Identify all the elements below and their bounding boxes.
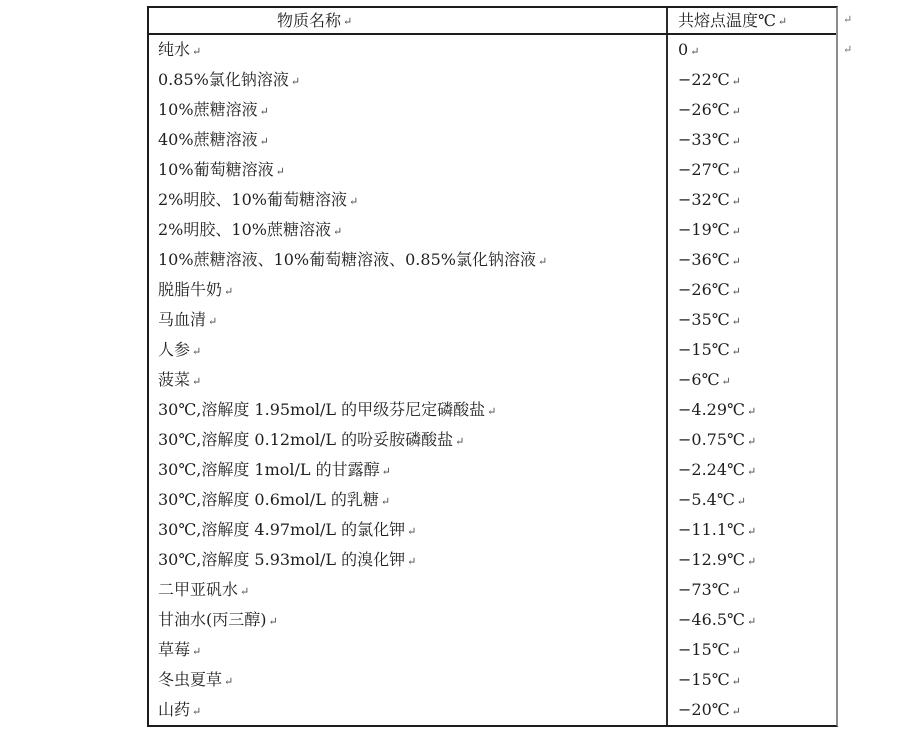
paragraph-mark-icon: ↵ (732, 286, 741, 297)
paragraph-mark-icon: ↵ (747, 556, 756, 567)
paragraph-mark-icon: ↵ (343, 16, 352, 27)
table-row: 0.85%氯化钠溶液 ↵ −22℃ ↵ (149, 65, 836, 95)
eutectic-temperature-cell[interactable]: 0 ↵ (668, 35, 836, 65)
table-row: 脱脂牛奶 ↵ −26℃ ↵ (149, 275, 836, 305)
paragraph-mark-icon: ↵ (747, 526, 756, 537)
eutectic-temperature-cell[interactable]: −26℃ ↵ (668, 275, 836, 305)
substance-name-cell[interactable]: 草莓 ↵ (149, 635, 668, 665)
substance-name-cell[interactable]: 30℃,溶解度 5.93mol/L 的溴化钾 ↵ (149, 545, 668, 575)
paragraph-mark-icon: ↵ (732, 106, 741, 117)
eutectic-temperature: −5.4℃ (678, 492, 735, 508)
paragraph-mark-icon: ↵ (732, 76, 741, 87)
column-header-substance-label: 物质名称 (277, 13, 341, 29)
paragraph-mark-icon: ↵ (407, 556, 416, 567)
eutectic-temperature-cell[interactable]: −33℃ ↵ (668, 125, 836, 155)
table-row: 30℃,溶解度 1mol/L 的甘露醇 ↵ −2.24℃ ↵ (149, 455, 836, 485)
table-row: 30℃,溶解度 0.12mol/L 的吩妥胺磷酸盐 ↵ −0.75℃ ↵ (149, 425, 836, 455)
table-body: 纯水 ↵ 0 ↵ 0.85%氯化钠溶液 ↵ −22℃ ↵ 10%蔗糖溶液 ↵ −… (149, 35, 836, 725)
substance-name: 甘油水(丙三醇) (158, 612, 267, 628)
eutectic-temperature-cell[interactable]: −15℃ ↵ (668, 665, 836, 695)
eutectic-temperature-cell[interactable]: −0.75℃ ↵ (668, 425, 836, 455)
paragraph-mark-icon: ↵ (240, 586, 249, 597)
substance-name-cell[interactable]: 2%明胶、10%蔗糖溶液 ↵ (149, 215, 668, 245)
substance-name: 10%葡萄糖溶液 (158, 162, 274, 178)
eutectic-temperature: −46.5℃ (678, 612, 745, 628)
table-row: 30℃,溶解度 0.6mol/L 的乳糖 ↵ −5.4℃ ↵ (149, 485, 836, 515)
eutectic-temperature: −27℃ (678, 162, 730, 178)
paragraph-mark-icon: ↵ (747, 406, 756, 417)
table-row: 30℃,溶解度 4.97mol/L 的氯化钾 ↵ −11.1℃ ↵ (149, 515, 836, 545)
substance-name: 二甲亚矾水 (158, 582, 238, 598)
table-row: 山药 ↵ −20℃ ↵ (149, 695, 836, 725)
paragraph-mark-icon: ↵ (732, 136, 741, 147)
paragraph-mark-icon: ↵ (487, 406, 496, 417)
eutectic-temperature-cell[interactable]: −26℃ ↵ (668, 95, 836, 125)
eutectic-temperature: −26℃ (678, 102, 730, 118)
eutectic-temperature: −4.29℃ (678, 402, 745, 418)
substance-name-cell[interactable]: 30℃,溶解度 1mol/L 的甘露醇 ↵ (149, 455, 668, 485)
eutectic-temperature-cell[interactable]: −36℃ ↵ (668, 245, 836, 275)
table-header-row: 物质名称 ↵ 共熔点温度℃ ↵ (149, 8, 836, 35)
eutectic-temperature: −15℃ (678, 342, 730, 358)
substance-name-cell[interactable]: 30℃,溶解度 1.95mol/L 的甲级芬尼定磷酸盐 ↵ (149, 395, 668, 425)
substance-name-cell[interactable]: 马血清 ↵ (149, 305, 668, 335)
substance-name: 2%明胶、10%蔗糖溶液 (158, 222, 331, 238)
column-header-temperature[interactable]: 共熔点温度℃ ↵ (668, 8, 836, 33)
eutectic-temperature: −15℃ (678, 642, 730, 658)
eutectic-temperature: 0 (678, 42, 688, 58)
substance-name: 30℃,溶解度 1.95mol/L 的甲级芬尼定磷酸盐 (158, 402, 485, 418)
substance-name: 2%明胶、10%葡萄糖溶液 (158, 192, 347, 208)
paragraph-mark-icon: ↵ (260, 106, 269, 117)
table-row: 2%明胶、10%葡萄糖溶液 ↵ −32℃ ↵ (149, 185, 836, 215)
table-row: 10%蔗糖溶液、10%葡萄糖溶液、0.85%氯化钠溶液 ↵ −36℃ ↵ (149, 245, 836, 275)
eutectic-temperature-cell[interactable]: −27℃ ↵ (668, 155, 836, 185)
substance-name-cell[interactable]: 纯水 ↵ (149, 35, 668, 65)
row-end-mark-icon: ↵ (843, 44, 852, 55)
eutectic-temperature: −2.24℃ (678, 462, 745, 478)
substance-name: 30℃,溶解度 4.97mol/L 的氯化钾 (158, 522, 405, 538)
paragraph-mark-icon: ↵ (732, 226, 741, 237)
paragraph-mark-icon: ↵ (732, 196, 741, 207)
paragraph-mark-icon: ↵ (224, 676, 233, 687)
paragraph-mark-icon: ↵ (732, 346, 741, 357)
eutectic-temperature: −32℃ (678, 192, 730, 208)
eutectic-temperature-cell[interactable]: −73℃ ↵ (668, 575, 836, 605)
paragraph-mark-icon: ↵ (747, 466, 756, 477)
eutectic-temperature-cell[interactable]: −32℃ ↵ (668, 185, 836, 215)
eutectic-temperature-cell[interactable]: −12.9℃ ↵ (668, 545, 836, 575)
paragraph-mark-icon: ↵ (732, 676, 741, 687)
paragraph-mark-icon: ↵ (192, 376, 201, 387)
eutectic-temperature-cell[interactable]: −2.24℃ ↵ (668, 455, 836, 485)
eutectic-temperature-cell[interactable]: −11.1℃ ↵ (668, 515, 836, 545)
substance-name-cell[interactable]: 0.85%氯化钠溶液 ↵ (149, 65, 668, 95)
eutectic-temperature: −35℃ (678, 312, 730, 328)
paragraph-mark-icon: ↵ (224, 286, 233, 297)
substance-name-cell[interactable]: 人参 ↵ (149, 335, 668, 365)
eutectic-temperature: −36℃ (678, 252, 730, 268)
substance-name: 马血清 (158, 312, 206, 328)
substance-name: 山药 (158, 702, 190, 718)
substance-name: 草莓 (158, 642, 190, 658)
substance-name-cell[interactable]: 甘油水(丙三醇) ↵ (149, 605, 668, 635)
substance-name: 40%蔗糖溶液 (158, 132, 258, 148)
paragraph-mark-icon: ↵ (778, 16, 787, 27)
table-row: 菠菜 ↵ −6℃ ↵ (149, 365, 836, 395)
paragraph-mark-icon: ↵ (732, 586, 741, 597)
substance-name-cell[interactable]: 山药 ↵ (149, 695, 668, 725)
eutectic-temperature-cell[interactable]: −6℃ ↵ (668, 365, 836, 395)
paragraph-mark-icon: ↵ (747, 436, 756, 447)
table-row: 10%葡萄糖溶液 ↵ −27℃ ↵ (149, 155, 836, 185)
substance-name: 0.85%氯化钠溶液 (158, 72, 289, 88)
table-row: 人参 ↵ −15℃ ↵ (149, 335, 836, 365)
eutectic-point-table: 物质名称 ↵ 共熔点温度℃ ↵ 纯水 ↵ 0 ↵ 0.85%氯化钠溶液 ↵ −2… (147, 6, 838, 727)
paragraph-mark-icon: ↵ (260, 136, 269, 147)
substance-name-cell[interactable]: 10%蔗糖溶液 ↵ (149, 95, 668, 125)
eutectic-temperature-cell[interactable]: −15℃ ↵ (668, 635, 836, 665)
table-row: 二甲亚矾水 ↵ −73℃ ↵ (149, 575, 836, 605)
paragraph-mark-icon: ↵ (192, 346, 201, 357)
substance-name-cell[interactable]: 30℃,溶解度 4.97mol/L 的氯化钾 ↵ (149, 515, 668, 545)
table-row: 30℃,溶解度 5.93mol/L 的溴化钾 ↵ −12.9℃ ↵ (149, 545, 836, 575)
paragraph-mark-icon: ↵ (381, 496, 390, 507)
table-row: 草莓 ↵ −15℃ ↵ (149, 635, 836, 665)
substance-name: 脱脂牛奶 (158, 282, 222, 298)
eutectic-temperature: −6℃ (678, 372, 719, 388)
paragraph-mark-icon: ↵ (382, 466, 391, 477)
paragraph-mark-icon: ↵ (538, 256, 547, 267)
substance-name-cell[interactable]: 脱脂牛奶 ↵ (149, 275, 668, 305)
paragraph-mark-icon: ↵ (732, 316, 741, 327)
substance-name: 30℃,溶解度 1mol/L 的甘露醇 (158, 462, 380, 478)
paragraph-mark-icon: ↵ (208, 316, 217, 327)
paragraph-mark-icon: ↵ (333, 226, 342, 237)
paragraph-mark-icon: ↵ (192, 46, 201, 57)
table-row: 纯水 ↵ 0 ↵ (149, 35, 836, 65)
paragraph-mark-icon: ↵ (747, 616, 756, 627)
eutectic-temperature-cell[interactable]: −5.4℃ ↵ (668, 485, 836, 515)
eutectic-temperature-cell[interactable]: −19℃ ↵ (668, 215, 836, 245)
substance-name-cell[interactable]: 10%蔗糖溶液、10%葡萄糖溶液、0.85%氯化钠溶液 ↵ (149, 245, 668, 275)
eutectic-temperature: −20℃ (678, 702, 730, 718)
substance-name-cell[interactable]: 冬虫夏草 ↵ (149, 665, 668, 695)
paragraph-mark-icon: ↵ (192, 706, 201, 717)
substance-name-cell[interactable]: 菠菜 ↵ (149, 365, 668, 395)
eutectic-temperature-cell[interactable]: −20℃ ↵ (668, 695, 836, 725)
eutectic-temperature-cell[interactable]: −4.29℃ ↵ (668, 395, 836, 425)
eutectic-temperature: −19℃ (678, 222, 730, 238)
eutectic-temperature: −15℃ (678, 672, 730, 688)
eutectic-temperature-cell[interactable]: −35℃ ↵ (668, 305, 836, 335)
substance-name-cell[interactable]: 30℃,溶解度 0.6mol/L 的乳糖 ↵ (149, 485, 668, 515)
paragraph-mark-icon: ↵ (732, 706, 741, 717)
eutectic-temperature: −33℃ (678, 132, 730, 148)
substance-name-cell[interactable]: 二甲亚矾水 ↵ (149, 575, 668, 605)
eutectic-temperature: −0.75℃ (678, 432, 745, 448)
table-row: 2%明胶、10%蔗糖溶液 ↵ −19℃ ↵ (149, 215, 836, 245)
eutectic-temperature-cell[interactable]: −22℃ ↵ (668, 65, 836, 95)
substance-name: 30℃,溶解度 0.12mol/L 的吩妥胺磷酸盐 (158, 432, 453, 448)
table-row: 甘油水(丙三醇) ↵ −46.5℃ ↵ (149, 605, 836, 635)
eutectic-temperature: −22℃ (678, 72, 730, 88)
substance-name: 10%蔗糖溶液 (158, 102, 258, 118)
paragraph-mark-icon: ↵ (737, 496, 746, 507)
paragraph-mark-icon: ↵ (407, 526, 416, 537)
substance-name: 30℃,溶解度 5.93mol/L 的溴化钾 (158, 552, 405, 568)
paragraph-mark-icon: ↵ (192, 646, 201, 657)
eutectic-temperature: −11.1℃ (678, 522, 745, 538)
substance-name-cell[interactable]: 40%蔗糖溶液 ↵ (149, 125, 668, 155)
paragraph-mark-icon: ↵ (732, 166, 741, 177)
paragraph-mark-icon: ↵ (349, 196, 358, 207)
paragraph-mark-icon: ↵ (732, 256, 741, 267)
substance-name-cell[interactable]: 10%葡萄糖溶液 ↵ (149, 155, 668, 185)
paragraph-mark-icon: ↵ (690, 46, 699, 57)
table-row: 冬虫夏草 ↵ −15℃ ↵ (149, 665, 836, 695)
table-row: 40%蔗糖溶液 ↵ −33℃ ↵ (149, 125, 836, 155)
eutectic-temperature-cell[interactable]: −15℃ ↵ (668, 335, 836, 365)
paragraph-mark-icon: ↵ (269, 616, 278, 627)
substance-name: 冬虫夏草 (158, 672, 222, 688)
substance-name: 30℃,溶解度 0.6mol/L 的乳糖 (158, 492, 379, 508)
paragraph-mark-icon: ↵ (455, 436, 464, 447)
eutectic-temperature: −73℃ (678, 582, 730, 598)
substance-name-cell[interactable]: 30℃,溶解度 0.12mol/L 的吩妥胺磷酸盐 ↵ (149, 425, 668, 455)
paragraph-mark-icon: ↵ (291, 76, 300, 87)
substance-name: 10%蔗糖溶液、10%葡萄糖溶液、0.85%氯化钠溶液 (158, 252, 536, 268)
table-row: 10%蔗糖溶液 ↵ −26℃ ↵ (149, 95, 836, 125)
document-page: { "colors": { "border_dark": "#1c1c1c", … (0, 0, 905, 744)
eutectic-temperature-cell[interactable]: −46.5℃ ↵ (668, 605, 836, 635)
eutectic-temperature: −26℃ (678, 282, 730, 298)
substance-name-cell[interactable]: 2%明胶、10%葡萄糖溶液 ↵ (149, 185, 668, 215)
column-header-temperature-label: 共熔点温度℃ (678, 13, 776, 29)
column-header-substance[interactable]: 物质名称 ↵ (149, 8, 668, 33)
paragraph-mark-icon: ↵ (732, 646, 741, 657)
substance-name: 菠菜 (158, 372, 190, 388)
eutectic-temperature: −12.9℃ (678, 552, 745, 568)
paragraph-mark-icon: ↵ (276, 166, 285, 177)
substance-name: 人参 (158, 342, 190, 358)
row-end-mark-icon: ↵ (843, 14, 852, 25)
substance-name: 纯水 (158, 42, 190, 58)
table-row: 30℃,溶解度 1.95mol/L 的甲级芬尼定磷酸盐 ↵ −4.29℃ ↵ (149, 395, 836, 425)
table-row: 马血清 ↵ −35℃ ↵ (149, 305, 836, 335)
paragraph-mark-icon: ↵ (721, 376, 730, 387)
